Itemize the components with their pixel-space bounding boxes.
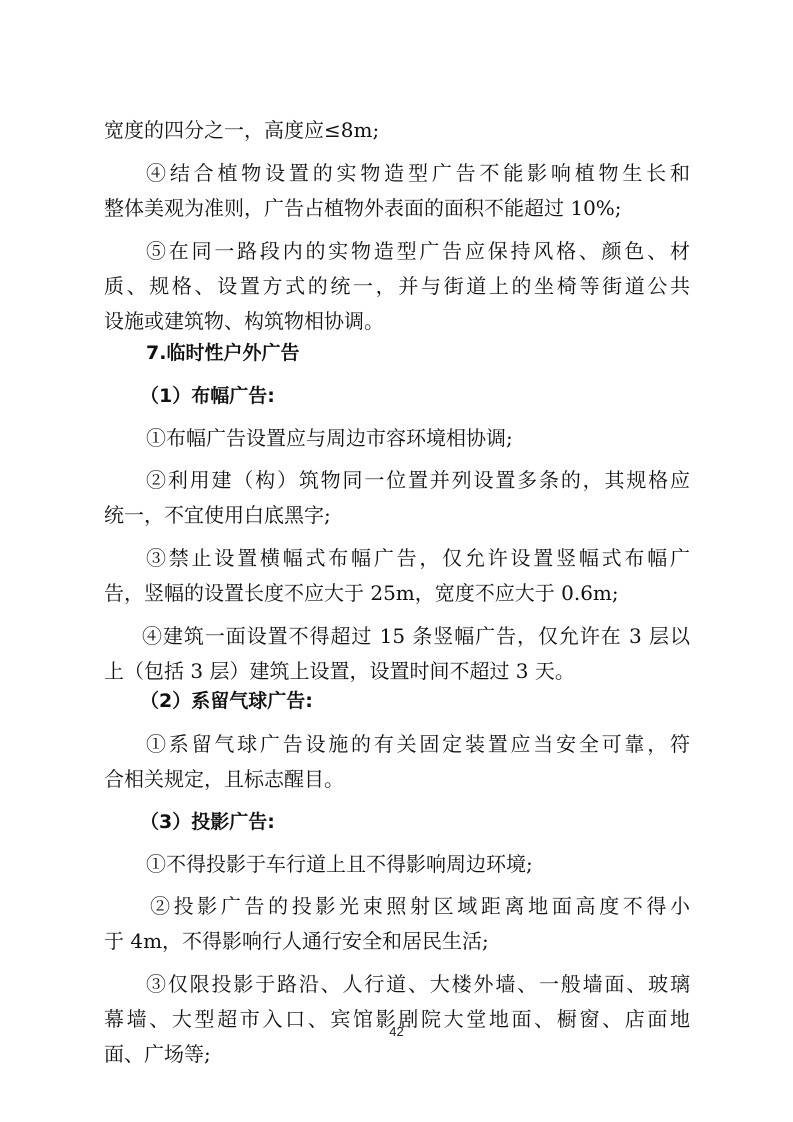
paragraph-line: ③禁止设置横幅式布幅广告，仅允许设置竖幅式布幅广 — [146, 545, 690, 571]
document-page: 宽度的四分之一，高度应≤8m; ④结合植物设置的实物造型广告不能影响植物生长和 … — [0, 0, 793, 1122]
paragraph-line: 告，竖幅的设置长度不应大于 25m，宽度不应大于 0.6m; — [104, 580, 690, 606]
paragraph-line: 设施或建筑物、构筑物相协调。 — [104, 308, 690, 334]
paragraph-line: ①布幅广告设置应与周边市容环境相协调; — [146, 425, 690, 451]
paragraph-line: ①不得投影于车行道上且不得影响周边环境; — [146, 851, 690, 877]
subsection-heading: （3）投影广告: — [140, 809, 690, 835]
paragraph-line: ②投影广告的投影光束照射区域距离地面高度不得小 — [150, 893, 690, 919]
paragraph-line: ②利用建（构）筑物同一位置并列设置多条的，其规格应 — [146, 467, 690, 493]
paragraph-line: 质、规格、设置方式的统一，并与街道上的坐椅等街道公共 — [104, 273, 690, 299]
paragraph-line: ④结合植物设置的实物造型广告不能影响植物生长和 — [146, 160, 690, 186]
page-number: 42 — [0, 1024, 793, 1039]
paragraph-line: ④建筑一面设置不得超过 15 条竖幅广告，仅允许在 3 层以 — [142, 623, 690, 649]
paragraph-line: 统一，不宜使用白底黑字; — [104, 502, 690, 528]
paragraph-line: 整体美观为准则，广告占植物外表面的面积不能超过 10%; — [104, 195, 690, 221]
paragraph-line: 宽度的四分之一，高度应≤8m; — [104, 117, 690, 143]
paragraph-line: 于 4m，不得影响行人通行安全和居民生活; — [104, 928, 690, 954]
paragraph-line: ⑤在同一路段内的实物造型广告应保持风格、颜色、材 — [146, 238, 690, 264]
paragraph-line: ①系留气球广告设施的有关固定装置应当安全可靠，符 — [146, 731, 690, 757]
section-heading: 7.临时性户外广告 — [146, 340, 690, 366]
subsection-heading: （2）系留气球广告: — [140, 688, 690, 714]
paragraph-line: 面、广场等; — [104, 1041, 690, 1067]
subsection-heading: （1）布幅广告: — [140, 383, 690, 409]
paragraph-line: 上（包括 3 层）建筑上设置，设置时间不超过 3 天。 — [104, 658, 690, 684]
paragraph-line: ③仅限投影于路沿、人行道、大楼外墙、一般墙面、玻璃 — [146, 971, 690, 997]
paragraph-line: 合相关规定，且标志醒目。 — [104, 766, 690, 792]
